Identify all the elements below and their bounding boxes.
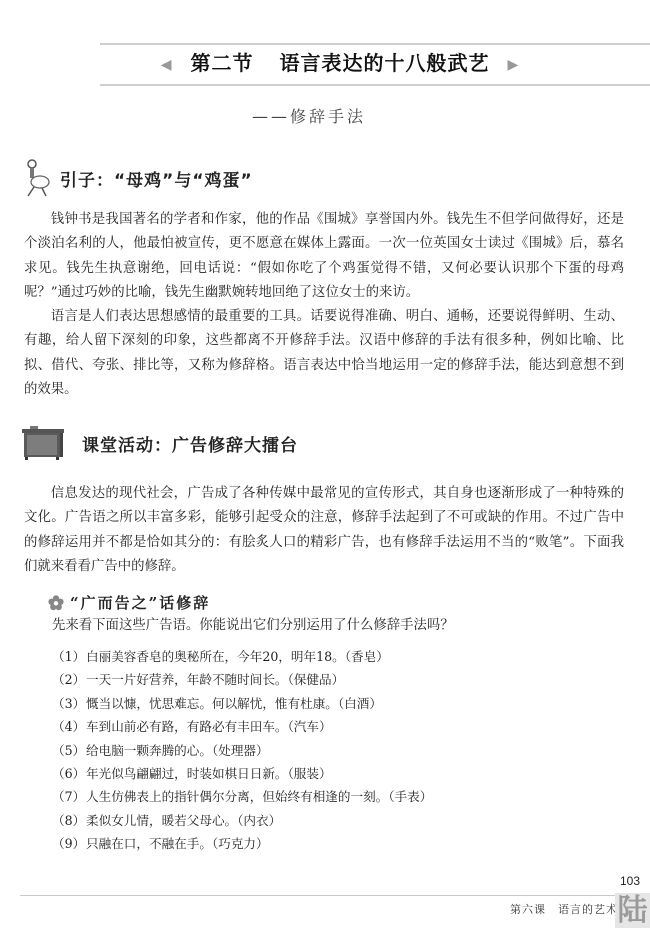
- activity-heading: 课堂活动：广告修辞大擂台: [22, 426, 298, 460]
- intro-heading-label: 引子：“母鸡”与“鸡蛋”: [60, 166, 253, 191]
- list-item: （4）车到山前必有路，有路必有丰田车。（汽车）: [52, 715, 432, 738]
- subsection-heading: “广而告之”话修辞: [48, 592, 210, 613]
- list-item: （1）白丽美容香皂的奥秘所在，今年20，明年18。（香皂）: [52, 645, 432, 668]
- section-title-row: ◀ 第二节 语言表达的十八般武艺 ▶: [100, 47, 580, 76]
- list-item: （9）只融在口，不融在手。（巧克力）: [52, 832, 432, 855]
- subsection-prompt: 先来看下面这些广告语。你能说出它们分别运用了什么修辞手法吗？: [52, 614, 454, 638]
- activity-paragraph: 信息发达的现代社会，广告成了各种传媒中最常见的宣传形式，其自身也逐渐形成了一种特…: [24, 482, 624, 579]
- blackboard-icon: [22, 426, 64, 460]
- header-bottom-rule: [100, 84, 650, 86]
- cartoon-figure-icon: [24, 158, 52, 198]
- list-item: （5）给电脑一颗奔腾的心。（处理器）: [52, 739, 432, 762]
- section-number: 第二节: [191, 51, 254, 75]
- section-title: 语言表达的十八般武艺: [279, 51, 489, 75]
- list-item: （8）柔似女儿情，暖若父母心。（内衣）: [52, 809, 432, 832]
- list-item: （7）人生仿佛表上的指针偶尔分离，但始终有相逢的一刻。（手表）: [52, 785, 432, 808]
- footer-rule: [20, 895, 620, 896]
- intro-heading: 引子：“母鸡”与“鸡蛋”: [24, 158, 253, 198]
- activity-heading-label: 课堂活动：广告修辞大擂台: [82, 431, 298, 456]
- flower-icon: [48, 595, 64, 611]
- footer-lesson-title: 第六课 语言的艺术: [510, 901, 618, 917]
- list-item: （3）慨当以慷，忧思难忘。何以解忧，惟有杜康。（白酒）: [52, 692, 432, 715]
- intro-paragraph: 钱钟书是我国著名的学者和作家，他的作品《围城》享誉国内外。钱先生不但学问做得好，…: [24, 208, 624, 305]
- left-triangle-icon: ◀: [161, 57, 173, 73]
- header-top-rule: [100, 43, 650, 45]
- subsection-heading-label: “广而告之”话修辞: [70, 592, 210, 613]
- chapter-tab: 陆: [615, 893, 650, 928]
- right-triangle-icon: ▶: [507, 57, 519, 73]
- list-item: （2）一天一片好营养，年龄不随时间长。（保健品）: [52, 668, 432, 691]
- intro-paragraph: 语言是人们表达思想感情的最重要的工具。话要说得准确、明白、通畅，还要说得鲜明、生…: [24, 305, 624, 402]
- intro-body: 钱钟书是我国著名的学者和作家，他的作品《围城》享誉国内外。钱先生不但学问做得好，…: [24, 208, 624, 402]
- list-item: （6）年光似鸟翩翩过，时装如棋日日新。（服装）: [52, 762, 432, 785]
- section-subtitle: ——修辞手法: [252, 104, 366, 127]
- activity-body: 信息发达的现代社会，广告成了各种传媒中最常见的宣传形式，其自身也逐渐形成了一种特…: [24, 482, 624, 579]
- ad-slogan-list: （1）白丽美容香皂的奥秘所在，今年20，明年18。（香皂） （2）一天一片好营养…: [52, 645, 432, 856]
- page-number: 103: [620, 874, 640, 888]
